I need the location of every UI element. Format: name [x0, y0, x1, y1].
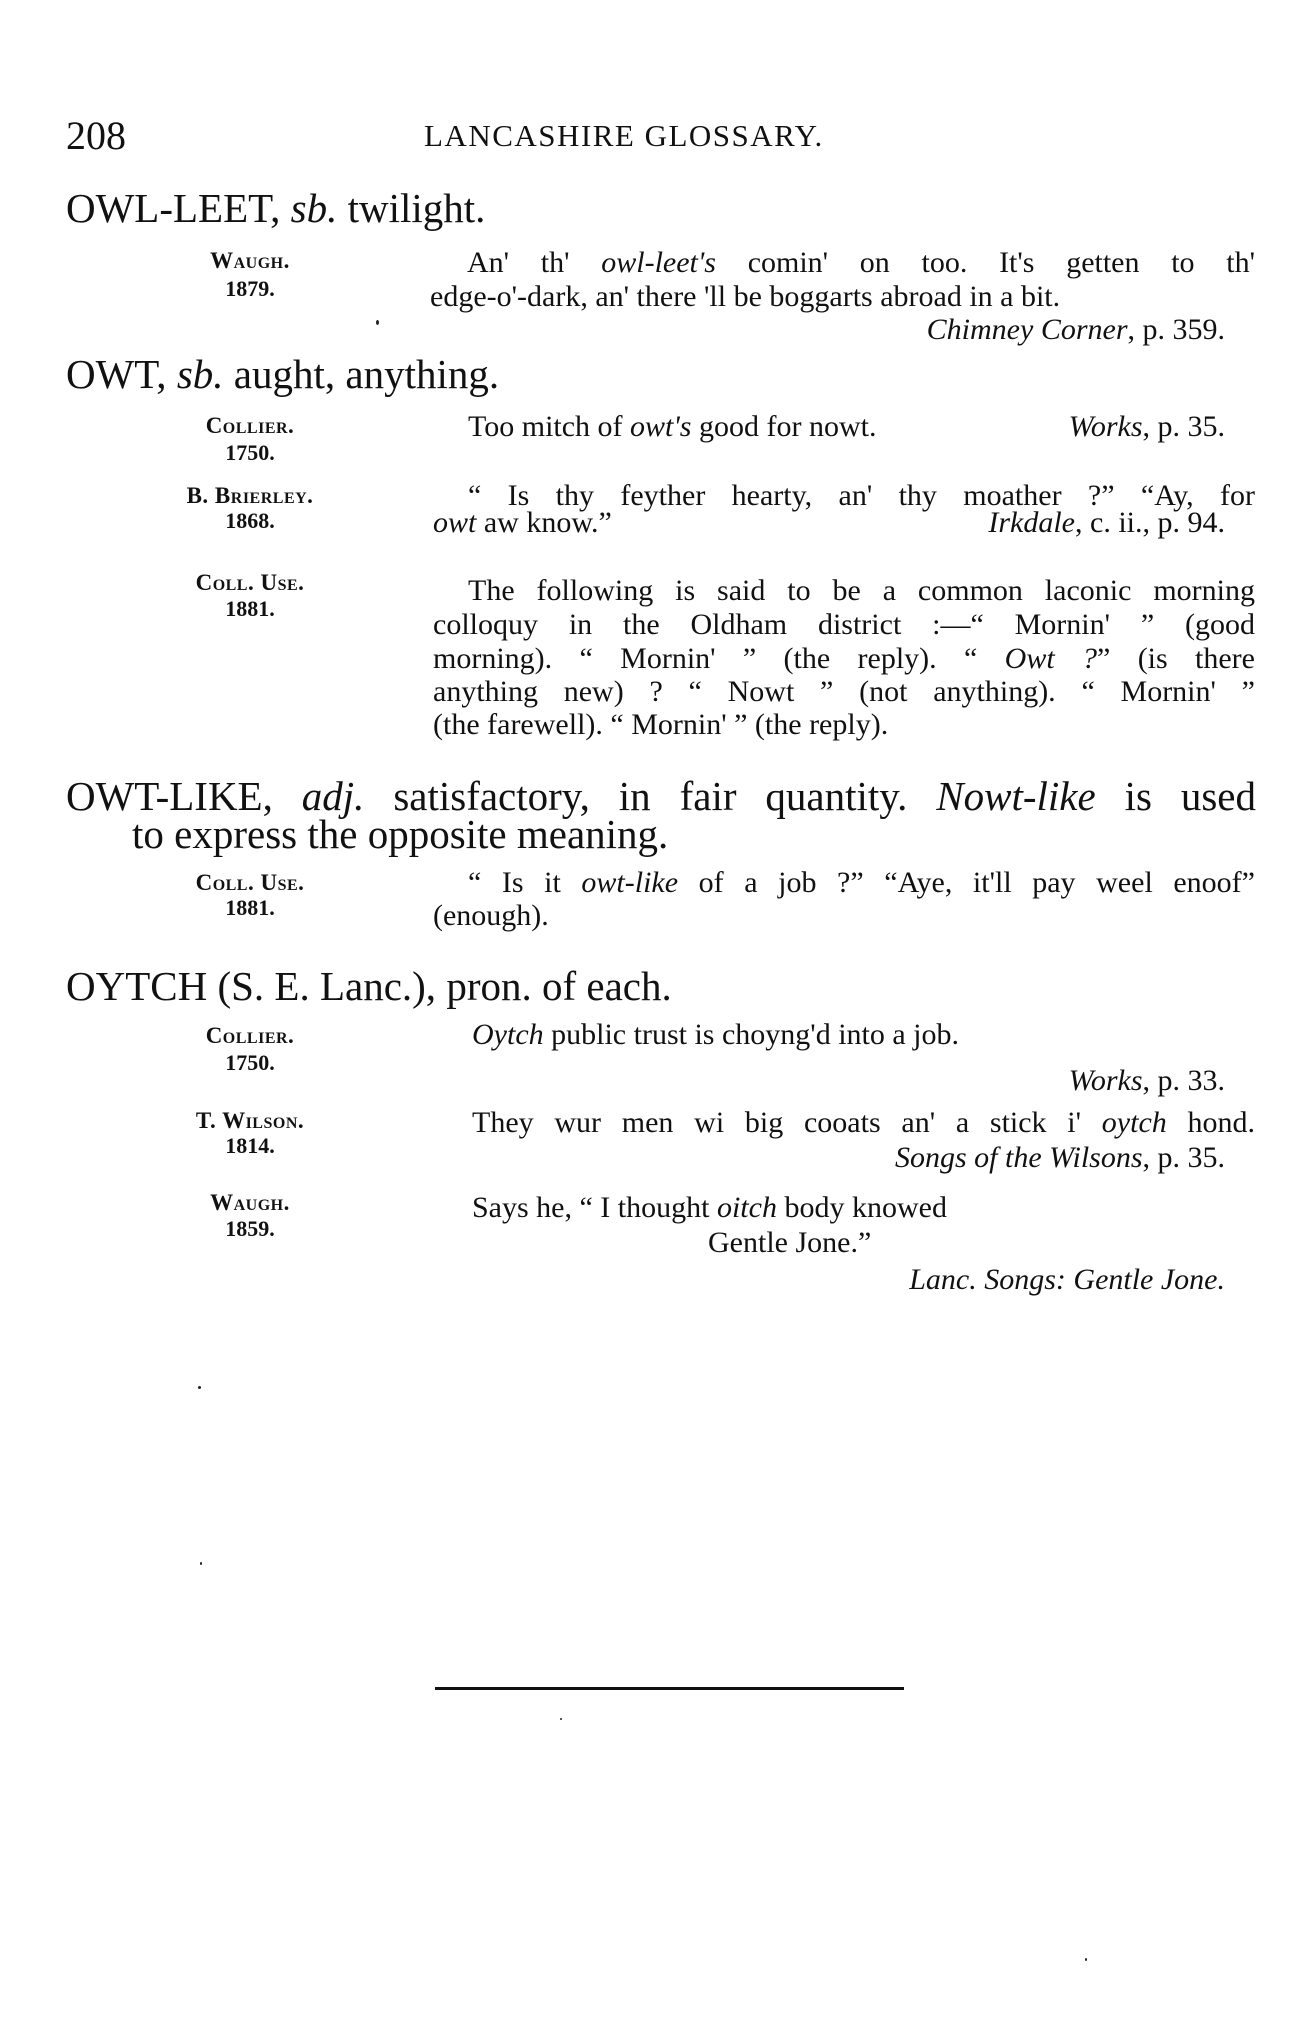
running-head: LANCASHIRE GLOSSARY.: [424, 118, 824, 154]
citation-year: 1859.: [150, 1216, 350, 1242]
scan-speck: [1085, 1958, 1087, 1961]
part-of-speech: (S. E. Lanc.),: [217, 963, 436, 1009]
headword: OYTCH: [66, 963, 207, 1009]
citation-source: Songs of the Wilsons, p. 35.: [895, 1141, 1225, 1175]
headword-line: OWT, sb. aught, anything.: [66, 352, 499, 396]
citation-year: 1750.: [150, 440, 350, 466]
quote-line: (enough).: [433, 899, 1255, 933]
definition: aught, anything.: [234, 351, 499, 397]
quote-line: anything new) ? “ Nowt ” (not anything).…: [433, 675, 1255, 709]
quote-line: An' th' owl-leet's comin' on too. It's g…: [467, 246, 1255, 280]
definition: pron. of each.: [446, 963, 671, 1009]
quote-line: edge-o'-dark, an' there 'll be boggarts …: [430, 280, 1252, 314]
citation-source: Works, p. 35.: [1069, 410, 1225, 444]
quote-line: Oytch public trust is choyng'd into a jo…: [472, 1018, 1294, 1052]
scan-speck: [198, 1386, 201, 1389]
citation-source: Lanc. Songs: Gentle Jone.: [909, 1263, 1225, 1297]
scan-speck: [376, 320, 379, 325]
definition: twilight.: [348, 185, 486, 231]
citation-year: 1868.: [150, 508, 350, 534]
quote-line: The following is said to be a common lac…: [468, 574, 1255, 608]
citation-author: B. Brierley.: [150, 483, 350, 509]
citation-author: Waugh.: [150, 248, 350, 274]
definition-note: is used: [1125, 773, 1256, 819]
citation-year: 1814.: [150, 1133, 350, 1159]
quote-line: “ Is it owt-like of a job ?” “Aye, it'll…: [468, 866, 1255, 900]
citation-year: 1881.: [150, 596, 350, 622]
quote-line: They wur men wi big cooats an' a stick i…: [472, 1106, 1255, 1140]
quote-line: Gentle Jone.”: [708, 1226, 1300, 1260]
part-of-speech: sb.: [291, 185, 338, 231]
citation-author: Collier.: [150, 1023, 350, 1049]
quote-line: Says he, “ I thought oitch body knowed: [472, 1191, 1294, 1225]
quote-line: (the farewell). “ Mornin' ” (the reply).: [433, 708, 1255, 742]
citation-author: Waugh.: [150, 1190, 350, 1216]
headword-line: OYTCH (S. E. Lanc.), pron. of each.: [66, 964, 672, 1008]
citation-author: Coll. Use.: [150, 570, 350, 596]
scan-speck: [560, 1718, 562, 1720]
citation-author: T. Wilson.: [150, 1108, 350, 1134]
definition-note-term: Nowt-like: [936, 773, 1095, 819]
citation-source: Chimney Corner, p. 359.: [927, 313, 1225, 347]
quote-line: morning). “ Mornin' ” (the reply). “ Owt…: [433, 642, 1255, 676]
part-of-speech: sb.: [177, 351, 224, 397]
citation-year: 1879.: [150, 276, 350, 302]
headword: OWT,: [66, 351, 167, 397]
scan-speck: [200, 1562, 202, 1565]
citation-author: Collier.: [150, 413, 350, 439]
citation-source: Works, p. 33.: [1069, 1064, 1225, 1098]
citation-source: Irkdale, c. ii., p. 94.: [988, 506, 1225, 540]
end-rule: [435, 1687, 904, 1690]
page-number: 208: [66, 112, 126, 159]
citation-year: 1750.: [150, 1050, 350, 1076]
citation-year: 1881.: [150, 895, 350, 921]
headword-line: OWL-LEET, sb. twilight.: [66, 186, 485, 230]
definition-continuation: to express the opposite meaning.: [132, 812, 668, 856]
quote-line: colloquy in the Oldham district :—“ Morn…: [433, 608, 1255, 642]
citation-author: Coll. Use.: [150, 870, 350, 896]
headword: OWL-LEET,: [66, 185, 280, 231]
